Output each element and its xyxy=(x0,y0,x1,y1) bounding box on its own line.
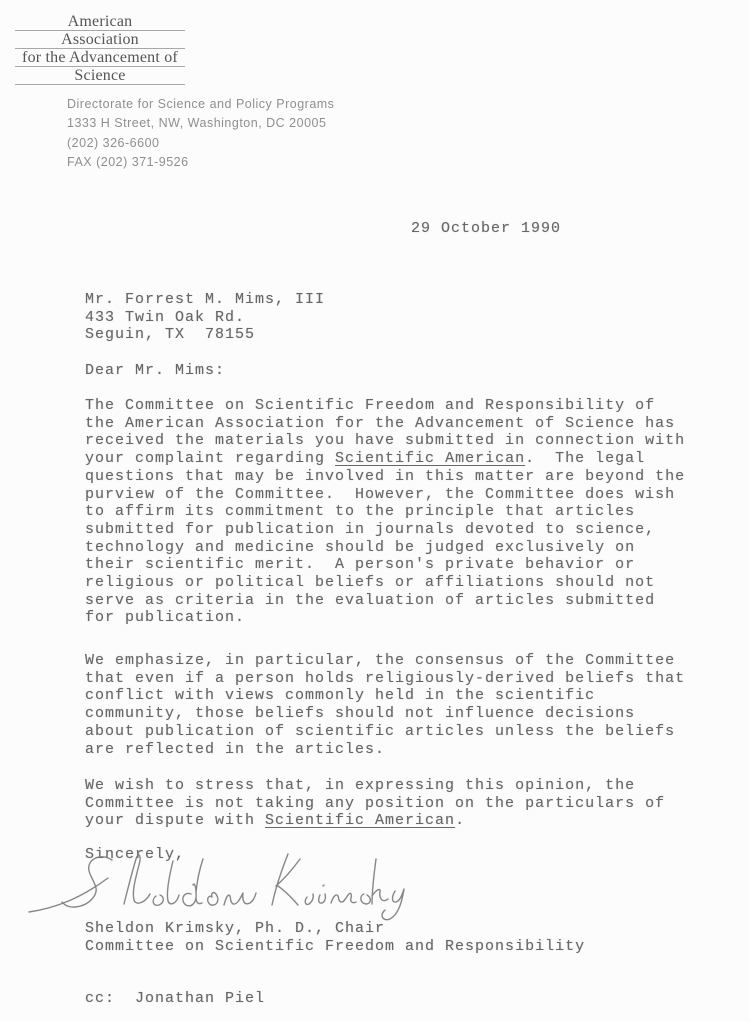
text-segment: for publication. xyxy=(85,609,245,626)
text-segment: conflict with views commonly held in the… xyxy=(85,687,595,704)
text-segment: their scientific merit. A person's priva… xyxy=(85,556,635,573)
text-segment: Committee is not taking any position on … xyxy=(85,795,665,812)
text-segment: community, those beliefs should not infl… xyxy=(85,705,635,722)
letter-line: about publication of scientific articles… xyxy=(85,723,685,741)
text-segment: your complaint regarding xyxy=(85,450,335,467)
letterhead-address-line: Directorate for Science and Policy Progr… xyxy=(67,95,334,114)
signer-block: Sheldon Krimsky, Ph. D., ChairCommittee … xyxy=(85,920,585,955)
paragraph: We emphasize, in particular, the consens… xyxy=(85,652,685,758)
recipient-address-line: Mr. Forrest M. Mims, III xyxy=(85,291,325,309)
text-segment: technology and medicine should be judged… xyxy=(85,539,635,556)
letter-line: religious or political beliefs or affili… xyxy=(85,574,685,592)
recipient-address-line: Seguin, TX 78155 xyxy=(85,326,325,344)
signer-line: Committee on Scientific Freedom and Resp… xyxy=(85,938,585,956)
letter-line: submitted for publication in journals de… xyxy=(85,521,685,539)
scanned-letter-page: AmericanAssociationfor the Advancement o… xyxy=(0,0,750,1022)
logo-line: Association xyxy=(15,31,185,49)
text-segment: serve as criteria in the evaluation of a… xyxy=(85,592,655,609)
text-segment: The Committee on Scientific Freedom and … xyxy=(85,397,655,414)
letter-date: 29 October 1990 xyxy=(411,220,561,238)
letter-line: The Committee on Scientific Freedom and … xyxy=(85,397,685,415)
underlined-text: Scientific American xyxy=(335,450,525,467)
letter-line: that even if a person holds religiously-… xyxy=(85,670,685,688)
salutation: Dear Mr. Mims: xyxy=(85,362,225,380)
letter-line: We wish to stress that, in expressing th… xyxy=(85,777,665,795)
logo-line: Science xyxy=(15,67,185,85)
letter-line: Committee is not taking any position on … xyxy=(85,795,665,813)
letter-line: for publication. xyxy=(85,609,685,627)
text-segment: questions that may be involved in this m… xyxy=(85,468,685,485)
letterhead-address-line: 1333 H Street, NW, Washington, DC 20005 xyxy=(67,114,334,133)
letter-line: the American Association for the Advance… xyxy=(85,415,685,433)
aaas-logo: AmericanAssociationfor the Advancement o… xyxy=(15,13,185,85)
text-segment: We wish to stress that, in expressing th… xyxy=(85,777,635,794)
text-segment: your dispute with xyxy=(85,812,265,829)
text-segment: purview of the Committee. However, the C… xyxy=(85,486,675,503)
letter-line: We emphasize, in particular, the consens… xyxy=(85,652,685,670)
text-segment: about publication of scientific articles… xyxy=(85,723,675,740)
letter-line: community, those beliefs should not infl… xyxy=(85,705,685,723)
letter-body: The Committee on Scientific Freedom and … xyxy=(85,397,730,847)
letter-line: questions that may be involved in this m… xyxy=(85,468,685,486)
letterhead-address: Directorate for Science and Policy Progr… xyxy=(67,95,334,173)
letterhead-address-line: (202) 326-6600 xyxy=(67,134,334,153)
letter-line: your dispute with Scientific American. xyxy=(85,812,665,830)
letter-line: serve as criteria in the evaluation of a… xyxy=(85,592,685,610)
cc-line: cc: Jonathan Piel xyxy=(85,990,265,1008)
letter-line: their scientific merit. A person's priva… xyxy=(85,556,685,574)
letterhead-address-line: FAX (202) 371-9526 xyxy=(67,153,334,172)
text-segment: . xyxy=(455,812,465,829)
text-segment: that even if a person holds religiously-… xyxy=(85,670,685,687)
recipient-address-line: 433 Twin Oak Rd. xyxy=(85,309,325,327)
letter-line: conflict with views commonly held in the… xyxy=(85,687,685,705)
letter-line: purview of the Committee. However, the C… xyxy=(85,486,685,504)
signature-handwriting xyxy=(26,844,406,926)
text-segment: the American Association for the Advance… xyxy=(85,415,675,432)
text-segment: . The legal xyxy=(525,450,645,467)
text-segment: received the materials you have submitte… xyxy=(85,432,685,449)
logo-line: for the Advancement of xyxy=(15,49,185,67)
text-segment: We emphasize, in particular, the consens… xyxy=(85,652,675,669)
text-segment: are reflected in the articles. xyxy=(85,741,385,758)
letter-line: your complaint regarding Scientific Amer… xyxy=(85,450,685,468)
underlined-text: Scientific American xyxy=(265,812,455,829)
letter-line: received the materials you have submitte… xyxy=(85,432,685,450)
paragraph: The Committee on Scientific Freedom and … xyxy=(85,397,685,627)
logo-line: American xyxy=(15,13,185,31)
signer-line: Sheldon Krimsky, Ph. D., Chair xyxy=(85,920,585,938)
letter-line: technology and medicine should be judged… xyxy=(85,539,685,557)
text-segment: submitted for publication in journals de… xyxy=(85,521,655,538)
paragraph: We wish to stress that, in expressing th… xyxy=(85,777,665,830)
letter-line: are reflected in the articles. xyxy=(85,741,685,759)
letter-line: to affirm its commitment to the principl… xyxy=(85,503,685,521)
text-segment: to affirm its commitment to the principl… xyxy=(85,503,635,520)
recipient-address: Mr. Forrest M. Mims, III433 Twin Oak Rd.… xyxy=(85,291,325,344)
text-segment: religious or political beliefs or affili… xyxy=(85,574,655,591)
